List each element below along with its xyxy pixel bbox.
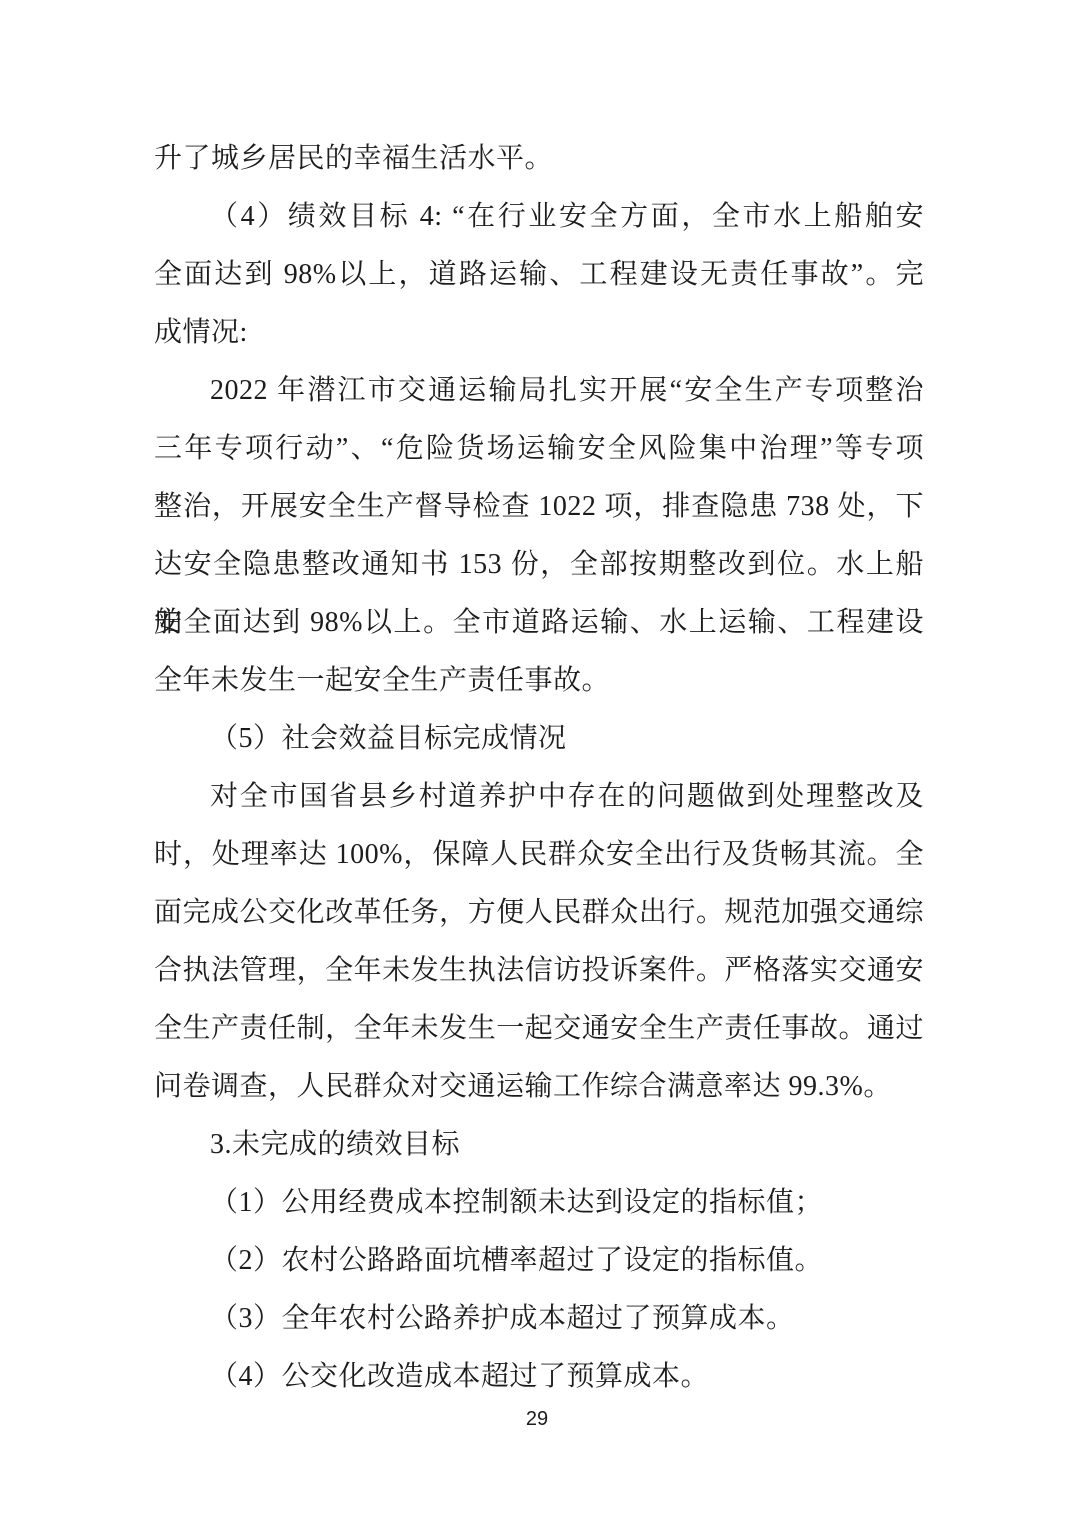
document-line: （3）全年农村公路养护成本超过了预算成本。 (154, 1290, 924, 1348)
document-line: 对全市国省县乡村道养护中存在的问题做到处理整改及 (154, 768, 924, 826)
document-line: 全生产责任制，全年未发生一起交通安全生产责任事故。通过 (154, 1000, 924, 1058)
document-line: 时，处理率达 100%，保障人民群众安全出行及货畅其流。全 (154, 826, 924, 884)
document-line: 问卷调查，人民群众对交通运输工作综合满意率达 99.3%。 (154, 1058, 924, 1116)
document-line: （1）公用经费成本控制额未达到设定的指标值； (154, 1174, 924, 1232)
document-line: 升了城乡居民的幸福生活水平。 (154, 130, 924, 188)
document-line: 三年专项行动”、“危险货场运输安全风险集中治理”等专项 (154, 420, 924, 478)
document-line: 安全面达到 98%以上。全市道路运输、水上运输、工程建设 (154, 594, 924, 652)
document-line: （4）绩效目标 4: “在行业安全方面，全市水上船舶安 (154, 188, 924, 246)
document-line: 达安全隐患整改通知书 153 份，全部按期整改到位。水上船舶 (154, 536, 924, 594)
document-line: （2）农村公路路面坑槽率超过了设定的指标值。 (154, 1232, 924, 1290)
document-line: （5）社会效益目标完成情况 (154, 710, 924, 768)
document-line: 面完成公交化改革任务，方便人民群众出行。规范加强交通综 (154, 884, 924, 942)
document-line: 整治，开展安全生产督导检查 1022 项，排查隐患 738 处，下 (154, 478, 924, 536)
document-lines: 升了城乡居民的幸福生活水平。（4）绩效目标 4: “在行业安全方面，全市水上船舶… (154, 130, 924, 1406)
document-line: 全年未发生一起安全生产责任事故。 (154, 652, 924, 710)
document-line: 2022 年潜江市交通运输局扎实开展“安全生产专项整治 (154, 362, 924, 420)
page-number: 29 (0, 1406, 1074, 1432)
document-page: 升了城乡居民的幸福生活水平。（4）绩效目标 4: “在行业安全方面，全市水上船舶… (0, 0, 1074, 1520)
document-line: 成情况: (154, 304, 924, 362)
document-line: （4）公交化改造成本超过了预算成本。 (154, 1348, 924, 1406)
document-line: 3.未完成的绩效目标 (154, 1116, 924, 1174)
document-line: 合执法管理，全年未发生执法信访投诉案件。严格落实交通安 (154, 942, 924, 1000)
document-line: 全面达到 98%以上，道路运输、工程建设无责任事故”。完 (154, 246, 924, 304)
